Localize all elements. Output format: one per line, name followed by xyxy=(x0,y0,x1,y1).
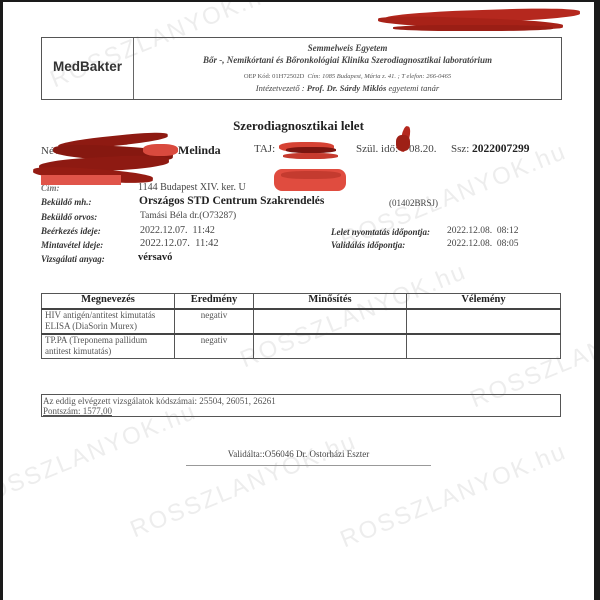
clinic-address: Cím: 1085 Budapest, Mária z. 41. ; T ele… xyxy=(308,73,452,80)
print-time: 2022.12.08. 08:12 xyxy=(447,226,519,236)
ssz-label: Ssz: xyxy=(451,143,469,155)
institution-cell: Semmelweis Egyetem Bőr -, Nemikórtani és… xyxy=(134,38,561,99)
director-name: Prof. Dr. Sárdy Miklós xyxy=(307,83,387,93)
watermark: ROSSZLANYOK.hu xyxy=(127,428,361,544)
sender-unit: Országos STD Centrum Szakrendelés xyxy=(139,195,324,207)
logo-cell: MedBakter xyxy=(42,38,134,99)
col-header-opinion: Vélemény xyxy=(407,294,561,310)
validation-time-label: Validálás időpontja: xyxy=(331,240,405,250)
test-rating xyxy=(254,309,407,334)
table-header-row: Megnevezés Eredmény Minősítés Vélemény xyxy=(42,294,561,310)
validation-time: 2022.12.08. 08:05 xyxy=(447,239,519,249)
test-name: TP.PA (Treponema pallidum antitest kimut… xyxy=(42,334,175,359)
patient-address: 1144 Budapest XIV. ker. U xyxy=(138,182,246,193)
points-total: Pontszám: 1577,00 xyxy=(43,406,559,416)
contact-line: OEP Kód: 01H72502D Cím: 1085 Budapest, M… xyxy=(134,73,561,80)
clinic-name: Bőr -, Nemikórtani és Bőronkológiai Klin… xyxy=(134,55,561,65)
report-title: Szerodiagnosztikai lelet xyxy=(3,118,594,134)
sampling-time: 2022.12.07. 11:42 xyxy=(140,238,219,249)
birth-label: Szül. idő: xyxy=(356,143,398,155)
patient-name: Melinda xyxy=(178,143,221,158)
col-header-result: Eredmény xyxy=(175,294,254,310)
print-time-label: Lelet nyomtatás időpontja: xyxy=(331,227,430,237)
lab-report-page: ROSSZLANYOK.hu ROSSZLANYOK.hu ROSSZLANYO… xyxy=(3,2,594,600)
university-name: Semmelweis Egyetem xyxy=(134,43,561,53)
birth-date: 08.20. xyxy=(409,143,437,155)
table-row: HIV antigén/antitest kimutatás ELISA (Di… xyxy=(42,309,561,334)
sampling-label: Mintavétel ideje: xyxy=(41,240,103,250)
letterhead-box: MedBakter Semmelweis Egyetem Bőr -, Nemi… xyxy=(41,37,562,100)
test-codes: Az eddig elvégzett vizsgálatok kódszámai… xyxy=(43,396,559,406)
results-table: Megnevezés Eredmény Minősítés Vélemény H… xyxy=(41,293,561,359)
test-opinion xyxy=(407,309,561,334)
material-label: Vizsgálati anyag: xyxy=(41,254,105,264)
arrival-time: 2022.12.07. 11:42 xyxy=(140,225,215,236)
material-value: vérsavó xyxy=(138,252,172,263)
sender-doctor-label: Beküldő orvos: xyxy=(41,212,97,222)
test-rating xyxy=(254,334,407,359)
taj-label: TAJ: xyxy=(254,143,275,155)
oep-code: OEP Kód: 01H72502D xyxy=(244,73,304,80)
col-header-rating: Minősítés xyxy=(254,294,407,310)
test-result: negativ xyxy=(175,334,254,359)
director-title: egyetemi tanár xyxy=(388,83,439,93)
arrival-label: Beérkezés ideje: xyxy=(41,226,101,236)
ssz-value: 2022007299 xyxy=(472,143,530,155)
sender-unit-code: (01402BRSJ) xyxy=(389,198,438,208)
test-name: HIV antigén/antitest kimutatás ELISA (Di… xyxy=(42,309,175,334)
validated-by: Validálta::O56046 Dr. Ostorházi Eszter xyxy=(3,449,594,459)
col-header-name: Megnevezés xyxy=(42,294,175,310)
director-label: Intézetvezető : xyxy=(256,83,305,93)
sender-unit-label: Beküldő mh.: xyxy=(41,197,92,207)
test-result: negativ xyxy=(175,309,254,334)
test-opinion xyxy=(407,334,561,359)
summary-box: Az eddig elvégzett vizsgálatok kódszámai… xyxy=(41,394,561,417)
signature-line xyxy=(186,465,431,466)
sender-doctor: Tamási Béla dr.(O73287) xyxy=(140,211,236,221)
logo-text: MedBakter xyxy=(53,59,122,74)
table-row: TP.PA (Treponema pallidum antitest kimut… xyxy=(42,334,561,359)
director-line: Intézetvezető : Prof. Dr. Sárdy Miklós e… xyxy=(134,83,561,93)
